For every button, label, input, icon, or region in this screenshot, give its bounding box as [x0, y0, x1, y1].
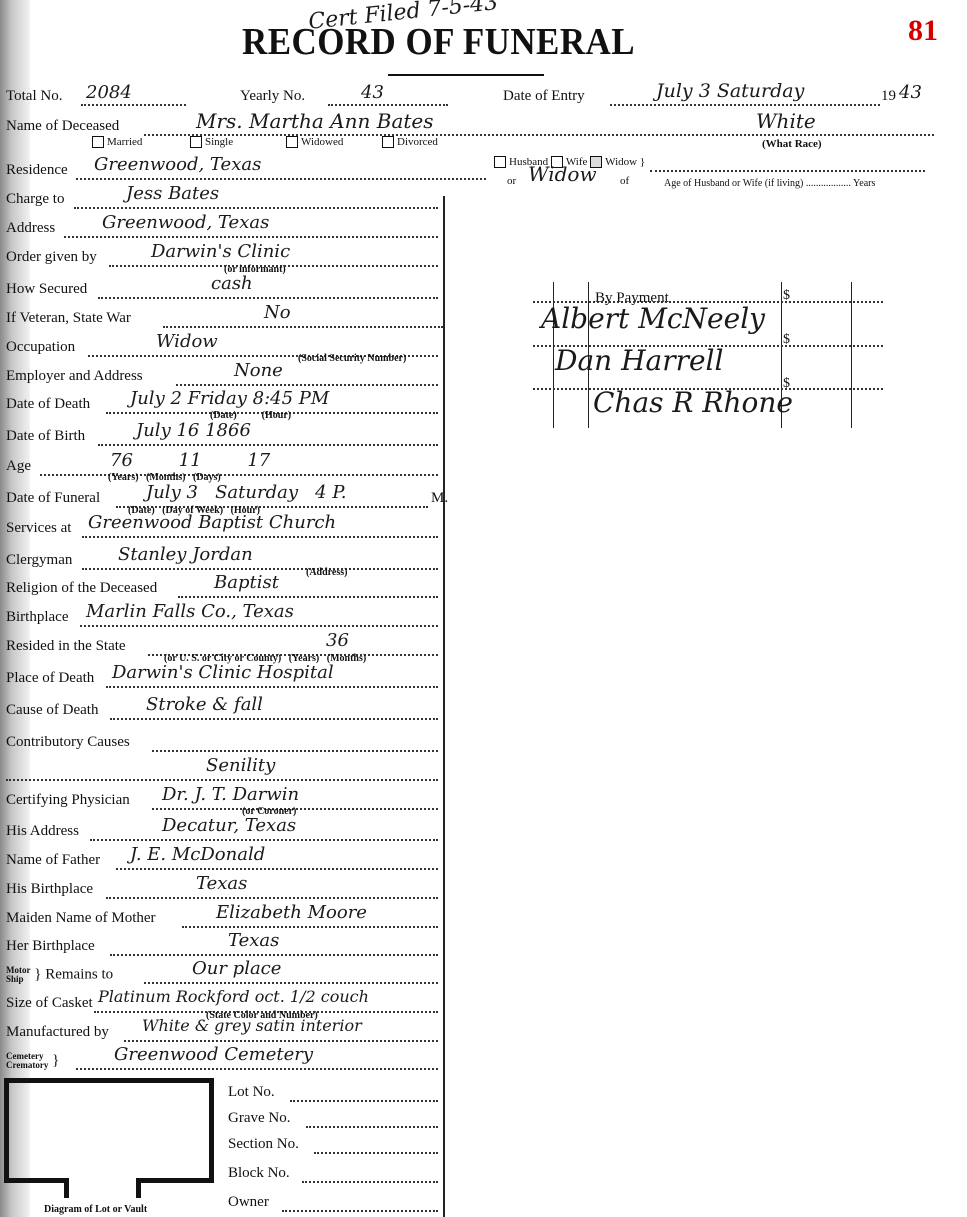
form-divider-line [443, 196, 445, 1217]
age-spouse-label: Age of Husband or Wife (if living) .....… [664, 178, 875, 189]
page-title: RECORD OF FUNERAL [242, 20, 635, 64]
race-label: (What Race) [762, 138, 822, 150]
field-age: Age76 11 17 [6, 458, 31, 475]
marital-divorced[interactable]: Divorced [382, 136, 438, 148]
field-address: AddressGreenwood, Texas [6, 220, 55, 237]
name-label: Name of Deceased [6, 118, 119, 135]
field-veteran: If Veteran, State WarNo [6, 310, 131, 327]
field-date-of-birth: Date of BirthJuly 16 1866 [6, 428, 85, 445]
marital-single[interactable]: Single [190, 136, 233, 148]
field-residence: ResidenceGreenwood, Texas [6, 162, 68, 179]
checkbox-widowed[interactable] [286, 136, 298, 148]
field-clergyman: ClergymanStanley Jordan [6, 552, 72, 569]
race-value: White [756, 109, 816, 133]
field-cemetery: CemeteryCrematory }Greenwood Cemetery [6, 1052, 59, 1070]
name-of-deceased-row: Name of Deceased Mrs. Martha Ann Bates W… [6, 118, 119, 135]
yearly-no-label: Yearly No. [240, 88, 305, 105]
sub-ssn: (Social Security Number) [298, 353, 406, 364]
spouse-or-label: or [507, 175, 516, 187]
spouse-of-label: of [620, 175, 629, 187]
year-prefix: 19 [881, 88, 896, 105]
field-occupation: OccupationWidow [6, 339, 75, 356]
lot-no: Lot No. [228, 1084, 275, 1101]
field-date-of-funeral: Date of FuneralJuly 3 Saturday 4 P.M. [6, 490, 100, 507]
field-his-birthplace: His BirthplaceTexas [6, 881, 93, 898]
field-cause-of-death: Cause of DeathStroke & fall [6, 702, 98, 719]
date-of-entry-label: Date of Entry [503, 88, 585, 105]
page-number: 81 [908, 14, 938, 48]
checkbox-single[interactable] [190, 136, 202, 148]
field-his-address: His AddressDecatur, Texas [6, 823, 79, 840]
checkbox-divorced[interactable] [382, 136, 394, 148]
grave-no: Grave No. [228, 1110, 290, 1127]
field-contributory-causes: Contributory Causes [6, 734, 130, 751]
diagram-line [136, 1178, 209, 1183]
field-order-given-by: Order given byDarwin's Clinic [6, 249, 97, 266]
signature: Chas R Rhone [593, 386, 793, 419]
block-no: Block No. [228, 1165, 290, 1182]
payment-clipping: By Payment $ $ $ Albert McNeely Dan Harr… [533, 282, 883, 428]
diagram-line [64, 1178, 69, 1198]
header-row: Total No. 2084 Yearly No. 43 Date of Ent… [6, 88, 62, 105]
field-resided-in-state: Resided in the State36 [6, 638, 126, 655]
year-suffix: 43 [899, 82, 922, 103]
signature: Albert McNeely [541, 302, 765, 335]
diagram-line [136, 1178, 141, 1198]
field-size-of-casket: Size of CasketPlatinum Rockford oct. 1/2… [6, 995, 93, 1012]
owner: Owner [228, 1194, 269, 1211]
field-name-of-father: Name of FatherJ. E. McDonald [6, 852, 100, 869]
diagram-label: Diagram of Lot or Vault [44, 1204, 147, 1215]
title-rule [388, 74, 544, 76]
field-charge-to: Charge toJess Bates [6, 191, 64, 208]
field-services-at: Services atGreenwood Baptist Church [6, 520, 71, 537]
field-remains-to: MotorShip } Remains toOur place [6, 966, 113, 984]
field-how-secured: How Securedcash [6, 281, 87, 298]
spouse-dotline [650, 160, 925, 172]
checkbox-married[interactable] [92, 136, 104, 148]
name-value: Mrs. Martha Ann Bates [196, 109, 434, 133]
spouse-value: Widow [528, 162, 597, 186]
section-no: Section No. [228, 1136, 299, 1153]
total-no-label: Total No. [6, 88, 62, 105]
diagram-line [4, 1178, 69, 1183]
lot-diagram-box [4, 1078, 214, 1183]
marital-married[interactable]: Married [92, 136, 142, 148]
signature: Dan Harrell [555, 344, 723, 377]
marital-widowed[interactable]: Widowed [286, 136, 343, 148]
field-certifying-physician: Certifying PhysicianDr. J. T. Darwin [6, 792, 130, 809]
sub-address: (Address) [306, 567, 347, 578]
field-her-birthplace: Her BirthplaceTexas [6, 938, 95, 955]
field-date-of-death: Date of DeathJuly 2 Friday 8:45 PM [6, 396, 90, 413]
field-religion: Religion of the DeceasedBaptist [6, 580, 157, 597]
residence-value: Greenwood, Texas [94, 154, 261, 175]
field-birthplace: BirthplaceMarlin Falls Co., Texas [6, 609, 68, 626]
field-manufactured-by: Manufactured byWhite & grey satin interi… [6, 1024, 109, 1041]
field-maiden-name-mother: Maiden Name of MotherElizabeth Moore [6, 910, 156, 927]
checkbox-husband[interactable] [494, 156, 506, 168]
field-employer: Employer and AddressNone [6, 368, 143, 385]
field-place-of-death: Place of DeathDarwin's Clinic Hospital [6, 670, 94, 687]
